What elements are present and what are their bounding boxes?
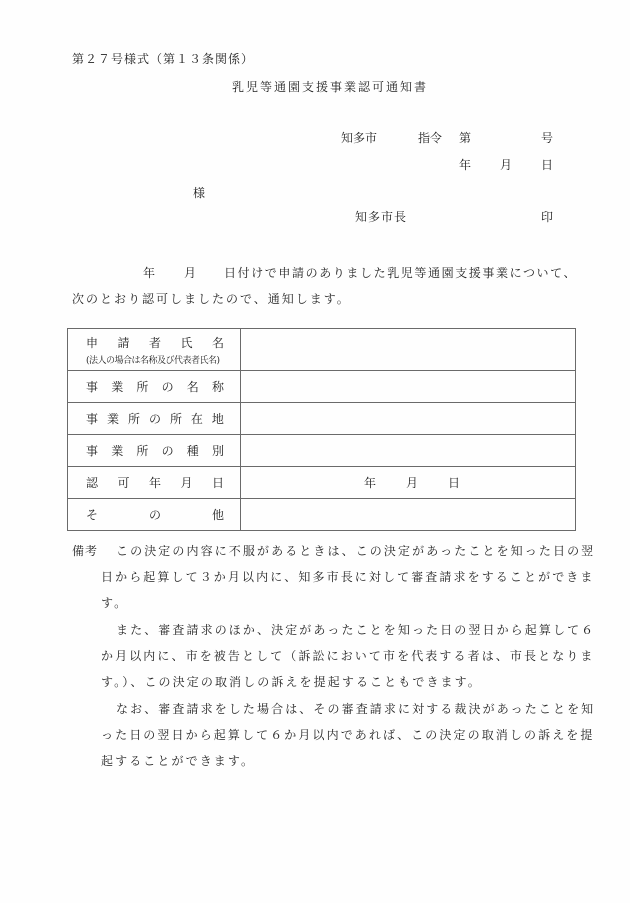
issue-day: 日 bbox=[541, 156, 553, 173]
label-char: 年 bbox=[149, 474, 161, 491]
remarks-line: また、審査請求のほか、決定があったことを知った日の翌日から起算して６ bbox=[116, 621, 595, 638]
table-row-office-address: 事 業 所 の 所 在 地 bbox=[68, 403, 576, 435]
remarks-line: この決定の内容に不服があるときは、この決定があったことを知った日の翌 bbox=[116, 542, 595, 559]
remarks-line: なお、審査請求をした場合は、その審査請求に対する裁決があったことを知 bbox=[116, 700, 595, 717]
label-char: そ bbox=[86, 506, 98, 523]
document-title: 乳児等通園支援事業認可通知書 bbox=[232, 78, 428, 95]
label-char: 所 bbox=[136, 442, 148, 459]
remarks-line: す。）、この決定の取消しの訴えを提起することもできます。 bbox=[101, 673, 482, 690]
label-char: 者 bbox=[149, 334, 161, 351]
intro-month: 月 bbox=[184, 264, 196, 281]
value-office-type[interactable] bbox=[241, 435, 576, 467]
label-char: 所 bbox=[128, 410, 140, 427]
issue-year: 年 bbox=[459, 156, 471, 173]
label-char: 他 bbox=[212, 506, 224, 523]
label-char: の bbox=[162, 378, 174, 395]
label-char: 称 bbox=[212, 378, 224, 395]
label-applicant-note: (法人の場合は名称及び代表者氏名) bbox=[68, 353, 240, 366]
remarks-line: 起することができます。 bbox=[101, 752, 255, 769]
label-applicant: 申 請 者 氏 名 (法人の場合は名称及び代表者氏名) bbox=[68, 329, 241, 371]
intro-year: 年 bbox=[143, 264, 155, 281]
label-char: の bbox=[162, 442, 174, 459]
label-char: の bbox=[149, 506, 161, 523]
remarks-line: す。 bbox=[101, 594, 128, 611]
number-suffix: 号 bbox=[541, 129, 553, 146]
seal-mark: 印 bbox=[541, 208, 553, 225]
label-char: 事 bbox=[86, 442, 98, 459]
table-row-office-type: 事 業 所 の 種 別 bbox=[68, 435, 576, 467]
label-char: 事 bbox=[86, 410, 98, 427]
table-row-other: そ の 他 bbox=[68, 499, 576, 531]
label-char: 在 bbox=[191, 410, 203, 427]
approval-day: 日 bbox=[448, 474, 490, 491]
label-char: 可 bbox=[117, 474, 129, 491]
label-char: 認 bbox=[86, 474, 98, 491]
remarks-line: 日から起算して３か月以内に、知多市長に対して審査請求をすることができま bbox=[101, 568, 595, 585]
issue-month: 月 bbox=[500, 156, 512, 173]
label-char: 事 bbox=[86, 378, 98, 395]
label-other: そ の 他 bbox=[68, 499, 241, 531]
number-prefix: 第 bbox=[459, 129, 471, 146]
directive-label: 指令 bbox=[418, 129, 442, 146]
label-office-address: 事 業 所 の 所 在 地 bbox=[68, 403, 241, 435]
label-char: 日 bbox=[212, 474, 224, 491]
value-office-name[interactable] bbox=[241, 371, 576, 403]
table-row-approval-date: 認 可 年 月 日 年 月 日 bbox=[68, 467, 576, 499]
remarks-heading: 備考 bbox=[72, 542, 98, 559]
label-office-type: 事 業 所 の 種 別 bbox=[68, 435, 241, 467]
label-approval-date: 認 可 年 月 日 bbox=[68, 467, 241, 499]
label-char: 申 bbox=[86, 334, 98, 351]
label-char: 所 bbox=[170, 410, 182, 427]
value-other[interactable] bbox=[241, 499, 576, 531]
label-office-name: 事 業 所 の 名 称 bbox=[68, 371, 241, 403]
intro-line2: 次のとおり認可しましたので、通知します。 bbox=[72, 290, 351, 307]
table-row-office-name: 事 業 所 の 名 称 bbox=[68, 371, 576, 403]
recipient-honorific: 様 bbox=[193, 184, 205, 201]
issuer-city: 知多市 bbox=[341, 129, 377, 146]
form-number: 第２７号様式（第１３条関係） bbox=[72, 50, 254, 67]
label-char: 所 bbox=[136, 378, 148, 395]
label-char: 別 bbox=[212, 442, 224, 459]
label-char: 地 bbox=[212, 410, 224, 427]
label-char: 業 bbox=[111, 442, 123, 459]
label-char: 種 bbox=[187, 442, 199, 459]
approval-month: 月 bbox=[406, 474, 448, 491]
label-char: 業 bbox=[107, 410, 119, 427]
approval-year: 年 bbox=[364, 474, 406, 491]
label-char: 月 bbox=[180, 474, 192, 491]
value-office-address[interactable] bbox=[241, 403, 576, 435]
label-char: 業 bbox=[111, 378, 123, 395]
info-table: 申 請 者 氏 名 (法人の場合は名称及び代表者氏名) 事 業 所 の 名 称 bbox=[67, 328, 576, 531]
label-char: 名 bbox=[187, 378, 199, 395]
label-char: 名 bbox=[212, 334, 224, 351]
remarks-line: か月以内に、市を被告として（訴訟において市を代表する者は、市長となりま bbox=[101, 647, 595, 664]
intro-line1: 日付けで申請のありました乳児等通園支援事業について、 bbox=[224, 264, 577, 281]
table-row-applicant: 申 請 者 氏 名 (法人の場合は名称及び代表者氏名) bbox=[68, 329, 576, 371]
label-char: 氏 bbox=[180, 334, 192, 351]
value-approval-date[interactable]: 年 月 日 bbox=[241, 467, 576, 499]
mayor-title: 知多市長 bbox=[355, 208, 407, 225]
value-applicant[interactable] bbox=[241, 329, 576, 371]
label-char: の bbox=[149, 410, 161, 427]
label-char: 請 bbox=[117, 334, 129, 351]
remarks-line: った日の翌日から起算して６か月以内であれば、この決定の取消しの訴えを提 bbox=[101, 726, 595, 743]
